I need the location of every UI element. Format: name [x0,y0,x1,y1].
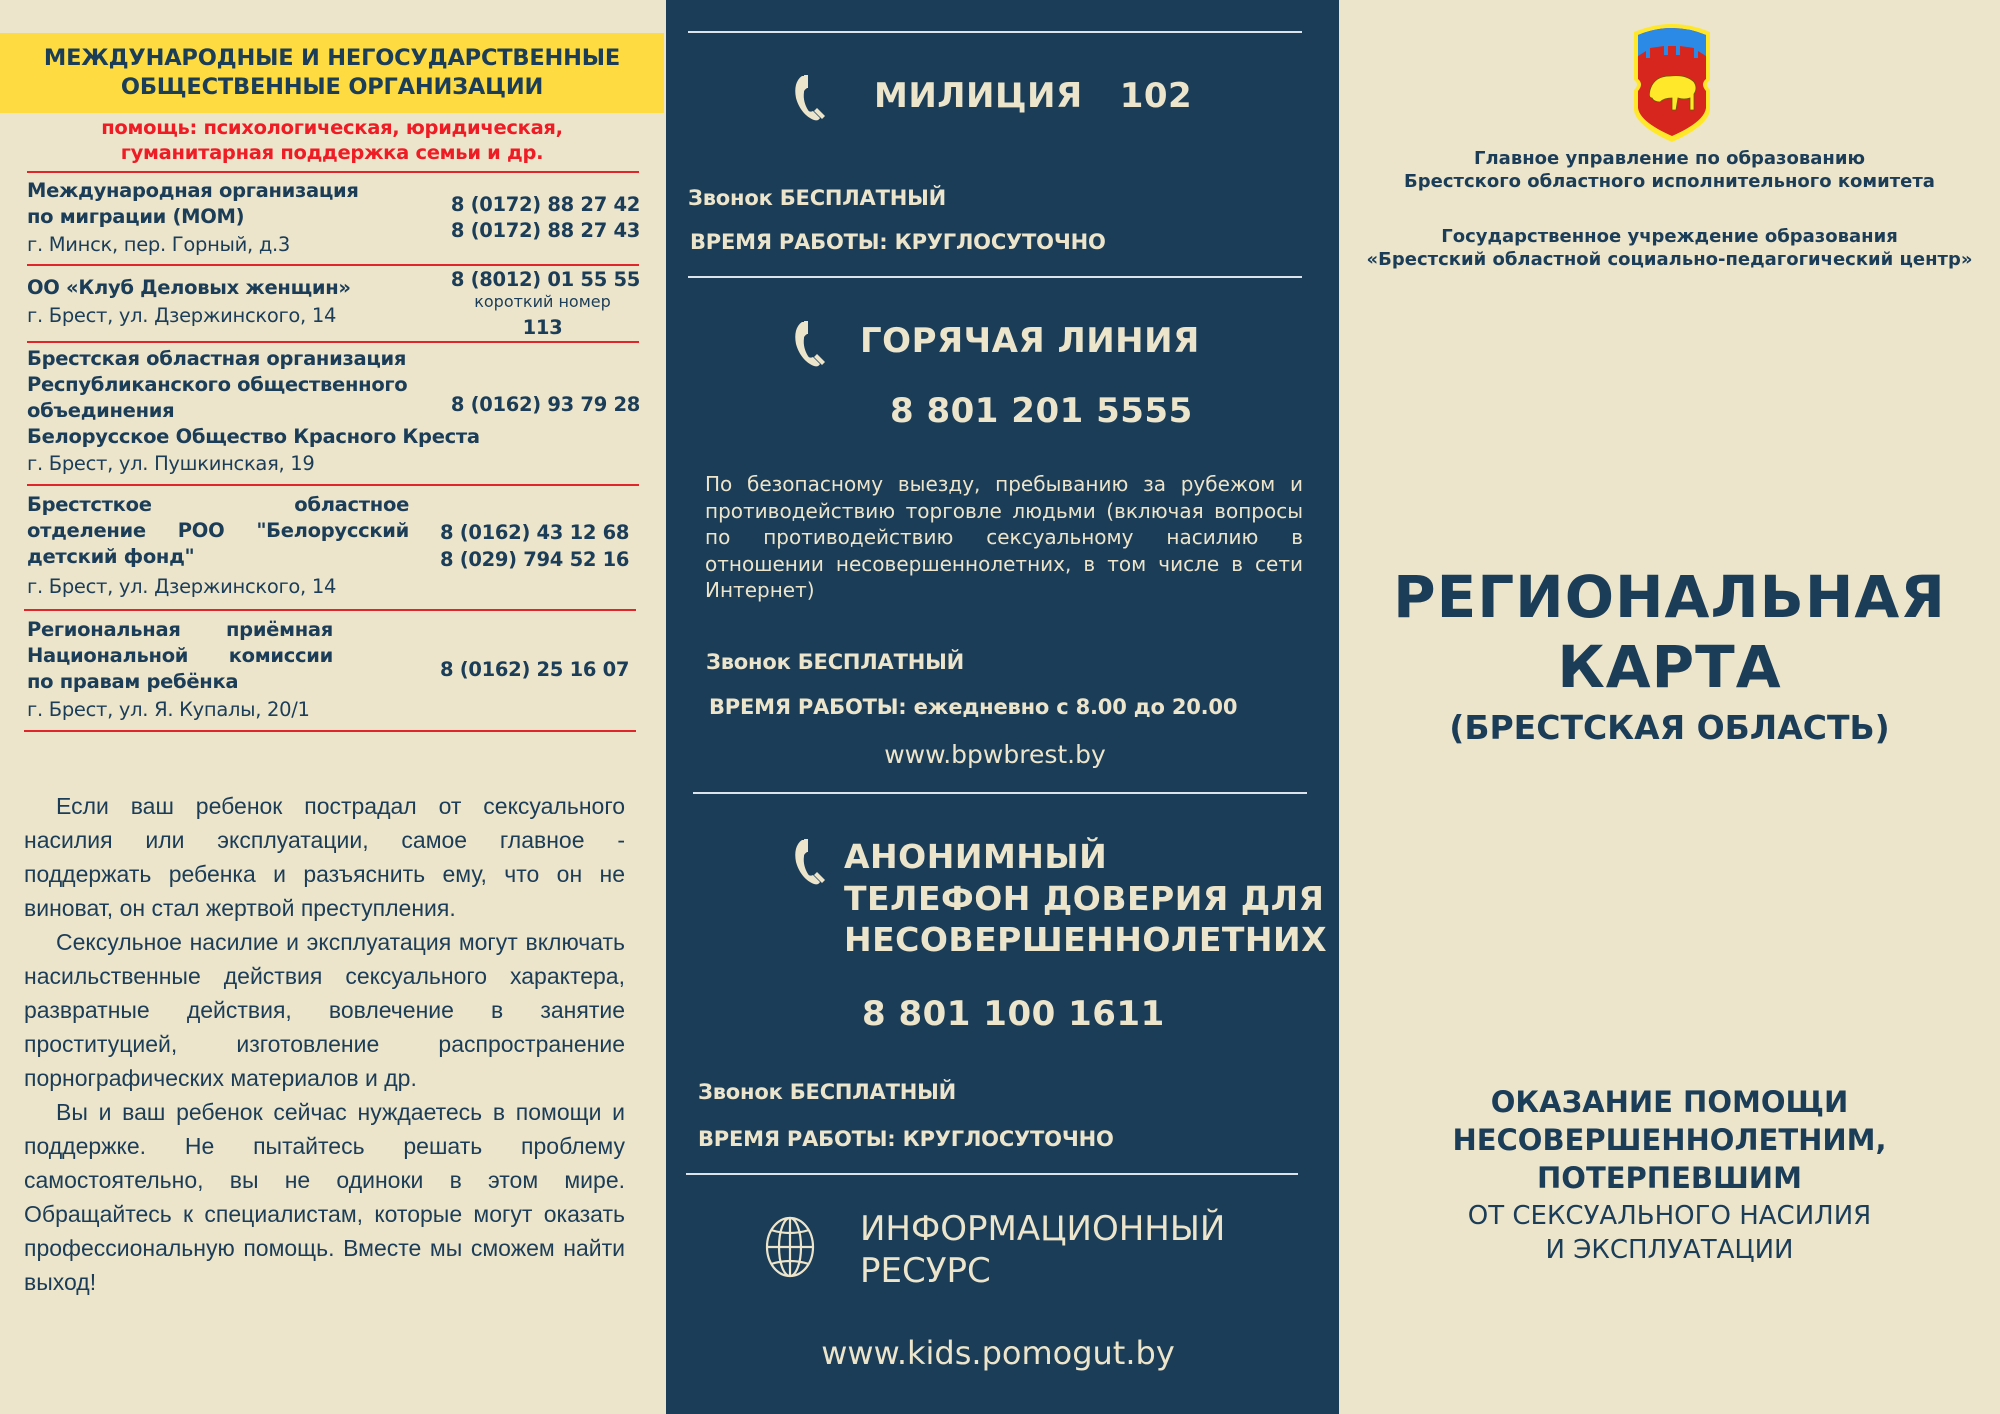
region-subtitle: (БРЕСТСКАЯ ОБЛАСТЬ) [1339,708,2000,748]
divider [693,792,1307,794]
org-phone[interactable]: 8 (029) 794 52 16 [440,547,629,573]
org-name-line: по правам ребёнка [27,669,238,695]
hotline-description: По безопасному выезду, пребыванию за руб… [705,471,1303,604]
header-line-2: ОБЩЕСТВЕННЫЕ ОРГАНИЗАЦИИ [0,73,664,102]
org-name-line: детский фонд" [27,544,194,570]
org-name-line: Брестсткое областное [27,492,409,518]
police-title: МИЛИЦИЯ 102 [874,76,1192,116]
org-phone[interactable]: 8 (8012) 01 55 55 [451,267,640,293]
call-free-label: Звонок БЕСПЛАТНЫЙ [706,650,964,674]
social-pedagogical-center: Государственное учреждение образования «… [1339,225,2000,271]
short-number[interactable]: 113 [445,315,640,341]
divider [27,264,639,266]
org-phone[interactable]: 8 (0162) 25 16 07 [440,657,629,683]
divider [24,609,636,611]
coat-of-arms-icon [1628,18,1716,142]
org-name-line: Международная организация [27,178,359,204]
trust-line-title-line: ТЕЛЕФОН ДОВЕРИЯ ДЛЯ [844,879,1324,918]
org-phone[interactable]: 8 (0172) 88 27 42 [451,192,640,218]
advice-paragraph: Сексульное насилие и эксплуатация могут … [24,925,625,1095]
purpose-subheading: ОТ СЕКСУАЛЬНОГО НАСИЛИЯ И ЭКСПЛУАТАЦИИ [1339,1199,2000,1267]
trust-line-title-line: АНОНИМНЫЙ [844,837,1107,876]
divider [27,341,639,343]
working-hours: ВРЕМЯ РАБОТЫ: КРУГЛОСУТОЧНО [690,230,1106,254]
working-hours: ВРЕМЯ РАБОТЫ: КРУГЛОСУТОЧНО [698,1127,1114,1151]
phone-icon [792,838,826,886]
org-name-line: Региональная приёмная [27,617,333,643]
divider [27,171,639,173]
right-panel: Главное управление по образованию Брестс… [1339,0,2000,1414]
phone-icon [792,74,826,122]
hotline-number[interactable]: 8 801 201 5555 [890,391,1193,431]
call-free-label: Звонок БЕСПЛАТНЫЙ [688,186,946,210]
advice-paragraph: Вы и ваш ребенок сейчас нуждаетесь в пом… [24,1095,625,1299]
call-free-label: Звонок БЕСПЛАТНЫЙ [698,1080,956,1104]
education-department: Главное управление по образованию Брестс… [1339,147,2000,193]
org-name-line: Белорусское Общество Красного Креста [27,424,480,450]
help-types-line-1: помощь: психологическая, юридическая, [0,116,664,140]
globe-icon [765,1216,815,1278]
hotline-website-link[interactable]: www.bpwbrest.by [666,740,1324,769]
org-address: г. Брест, ул. Пушкинская, 19 [27,451,315,477]
info-resource-website-link[interactable]: www.kids.pomogut.by [666,1334,1330,1372]
advice-paragraph: Если ваш ребенок пострадал от сексуально… [24,789,625,925]
organizations-header: МЕЖДУНАРОДНЫЕ И НЕГОСУДАРСТВЕННЫЕ ОБЩЕСТ… [0,33,664,113]
org-name-line: отделение РОО "Белорусский [27,518,409,544]
org-name-line: объединения [27,398,174,424]
divider [24,730,636,732]
org-phone[interactable]: 8 (0162) 93 79 28 [451,392,640,418]
org-phone[interactable]: 8 (0172) 88 27 43 [451,218,640,244]
short-number-label: короткий номер [445,292,640,312]
divider [27,484,639,486]
org-name-line: Национальной комиссии [27,643,333,669]
advice-text: Если ваш ребенок пострадал от сексуально… [24,789,625,1299]
left-panel: МЕЖДУНАРОДНЫЕ И НЕГОСУДАРСТВЕННЫЕ ОБЩЕСТ… [0,0,666,1414]
purpose-heading: ОКАЗАНИЕ ПОМОЩИ НЕСОВЕРШЕННОЛЕТНИМ, ПОТЕ… [1339,1083,2000,1197]
org-name-line: Республиканского общественного [27,372,407,398]
org-name-line: по миграции (МОМ) [27,204,244,230]
org-phone[interactable]: 8 (0162) 43 12 68 [440,520,629,546]
phone-icon [792,320,826,368]
police-number[interactable]: 102 [1120,76,1192,116]
trust-line-number[interactable]: 8 801 100 1611 [862,994,1165,1034]
header-line-1: МЕЖДУНАРОДНЫЕ И НЕГОСУДАРСТВЕННЫЕ [0,44,664,73]
org-address: г. Минск, пер. Горный, д.3 [27,232,290,258]
info-resource-title-line: РЕСУРС [860,1250,991,1292]
help-types-line-2: гуманитарная поддержка семьи и др. [0,141,664,165]
org-address: г. Брест, ул. Дзержинского, 14 [27,574,336,600]
divider [688,276,1302,278]
hotline-title: ГОРЯЧАЯ ЛИНИЯ [860,321,1200,361]
info-resource-title-line: ИНФОРМАЦИОННЫЙ [860,1208,1225,1250]
org-address: г. Брест, ул. Дзержинского, 14 [27,303,336,329]
middle-panel: МИЛИЦИЯ 102 Звонок БЕСПЛАТНЫЙ ВРЕМЯ РАБО… [666,0,1339,1414]
org-name-line: Брестская областная организация [27,346,406,372]
divider [688,31,1302,33]
org-address: г. Брест, ул. Я. Купалы, 20/1 [27,697,310,723]
page-title: РЕГИОНАЛЬНАЯ КАРТА [1339,562,2000,702]
working-hours: ВРЕМЯ РАБОТЫ: ежедневно с 8.00 до 20.00 [709,695,1237,719]
org-name-line: ОО «Клуб Деловых женщин» [27,275,351,301]
trust-line-title-line: НЕСОВЕРШЕННОЛЕТНИХ [844,920,1327,959]
divider [686,1173,1298,1175]
